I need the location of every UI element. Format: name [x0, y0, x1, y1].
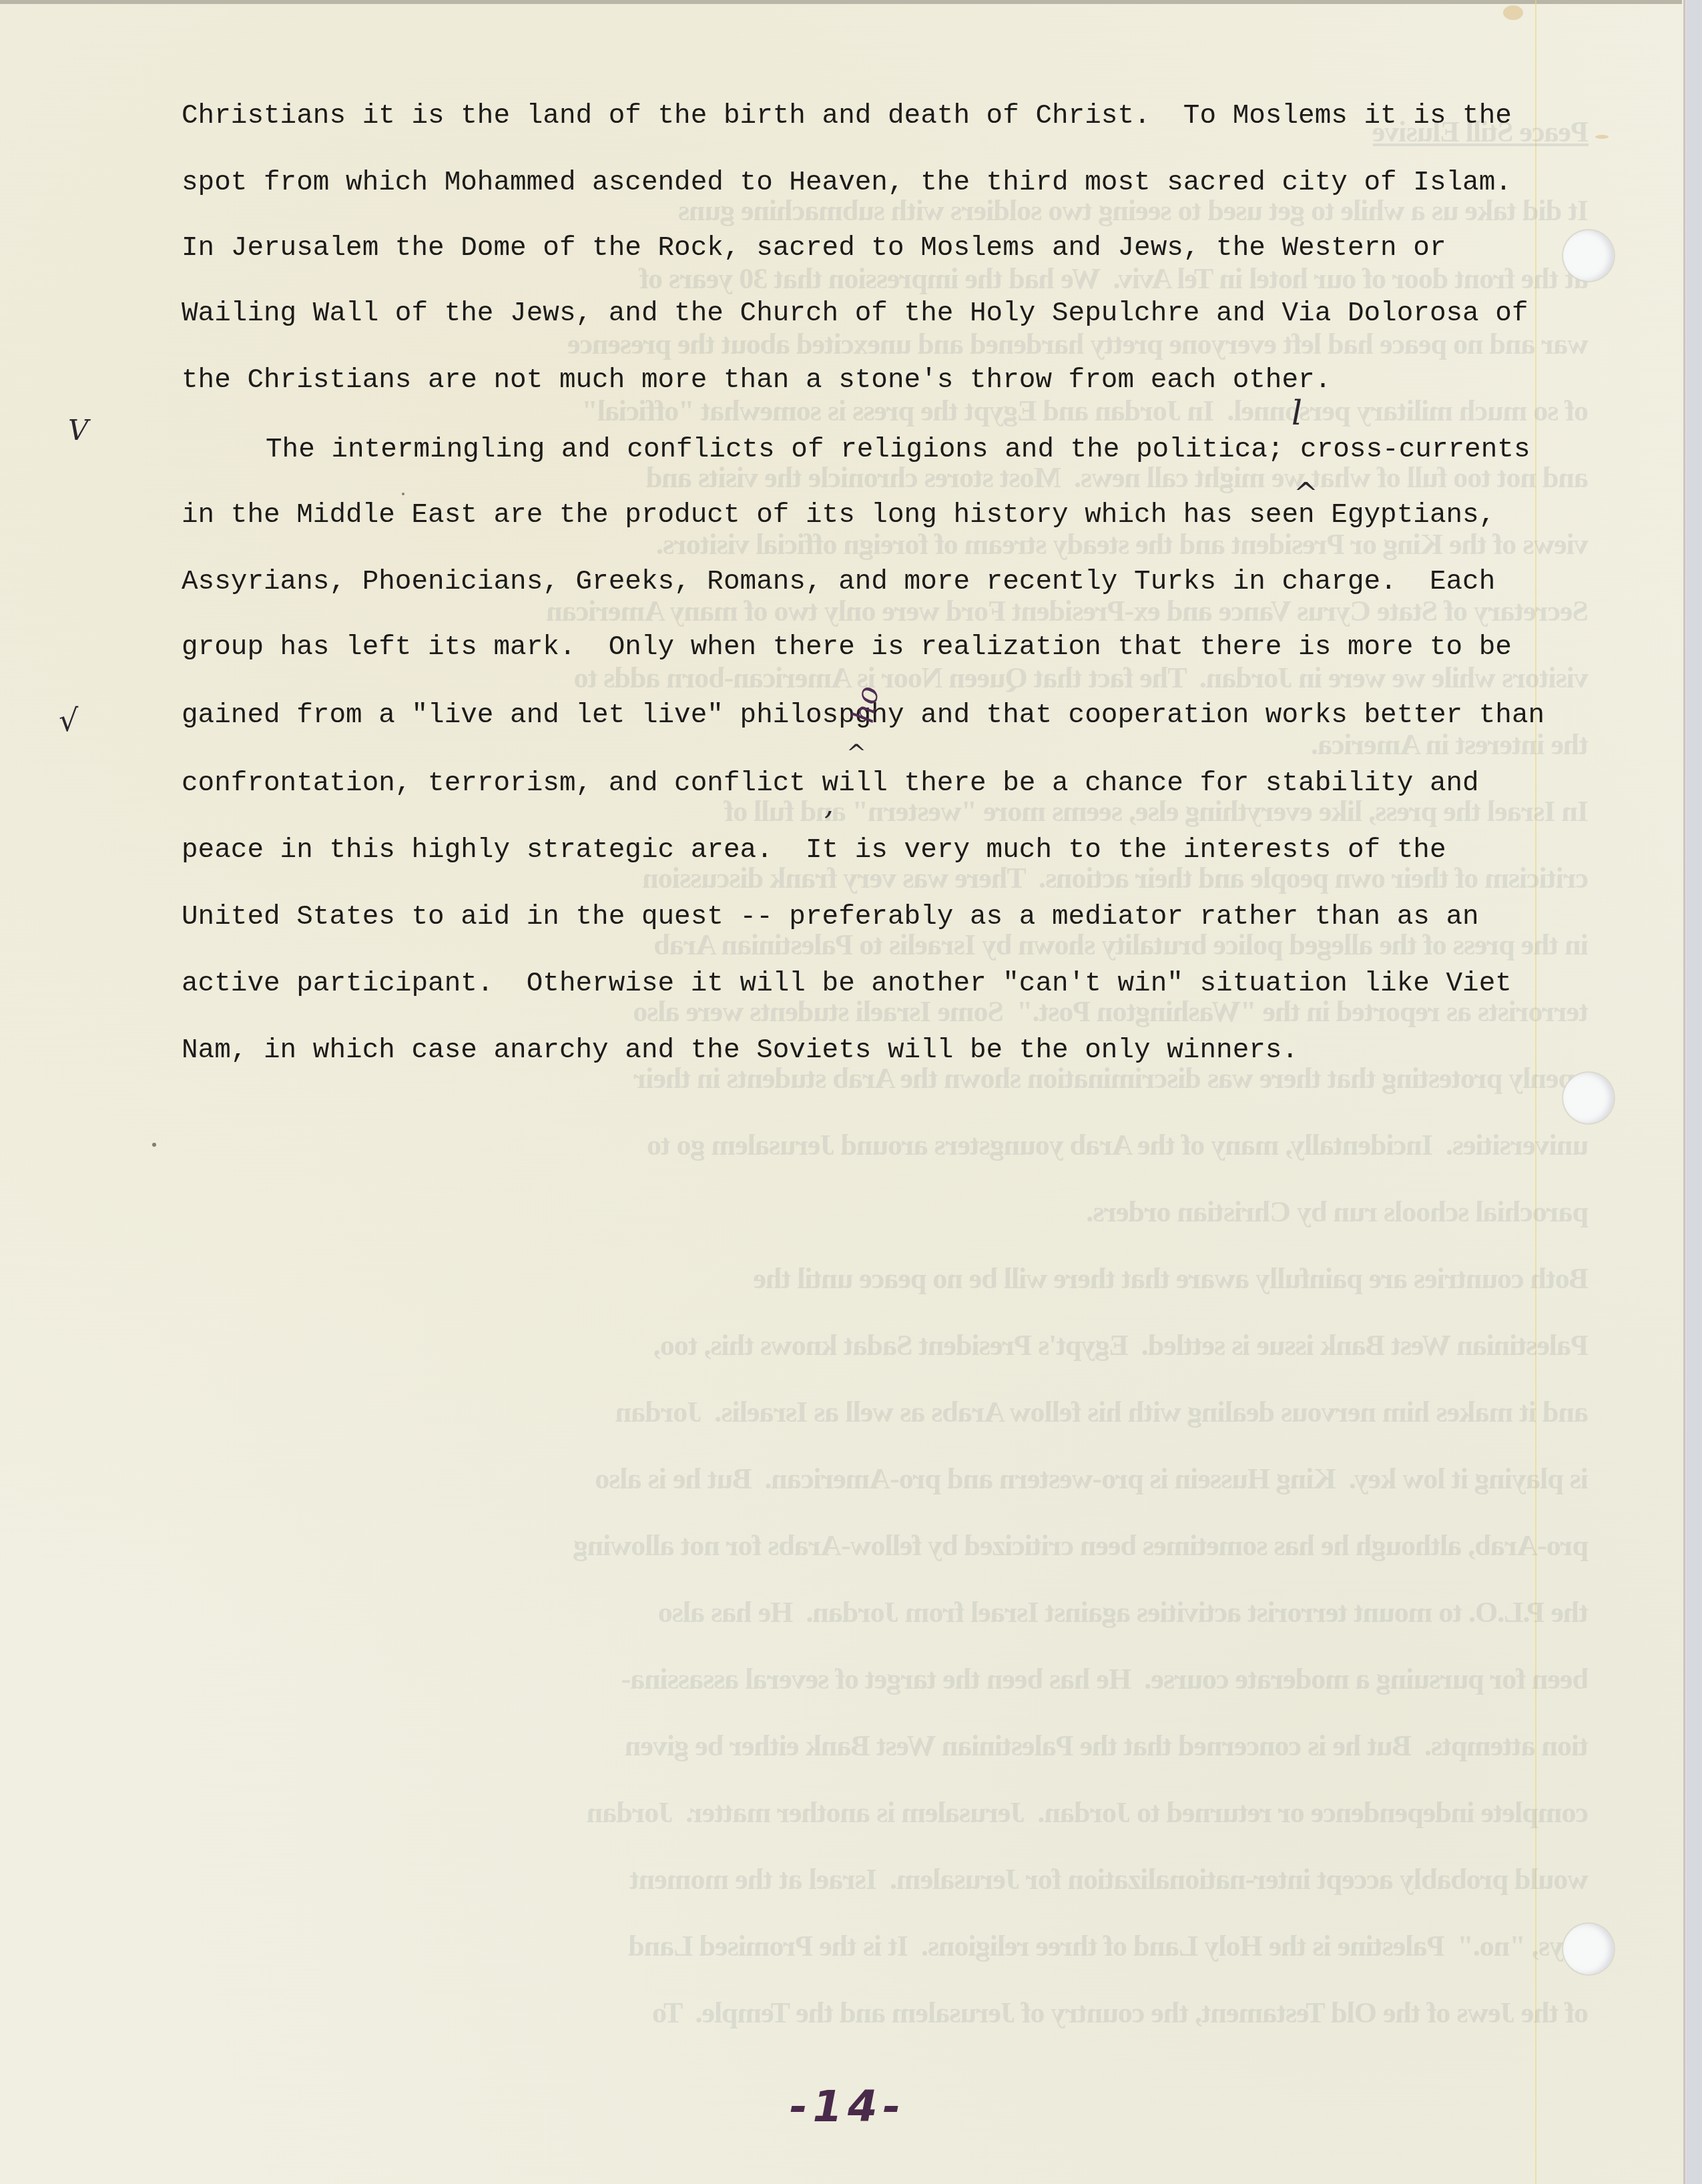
show-through-line: views of the King or President and the s… — [100, 527, 1589, 561]
text-line: peace in this highly strategic area. It … — [182, 834, 1446, 866]
text-line: United States to aid in the quest -- pre… — [182, 901, 1479, 933]
show-through-line: tion attempts. But he is concerned that … — [100, 1729, 1589, 1763]
text-line: Nam, in which case anarchy and the Sovie… — [182, 1035, 1298, 1067]
handwritten-insert-l: l — [1292, 394, 1302, 433]
page-number: -14- — [761, 2083, 934, 2132]
show-through-line: Palestinian West Bank issue is settled. … — [100, 1328, 1589, 1362]
show-through-line: is playing it low key. King Hussein is p… — [100, 1462, 1589, 1496]
show-through-line: of so much military personnel. In Jordan… — [100, 394, 1589, 428]
document-page: Peace Still Elusive It did take us a whi… — [0, 0, 1685, 2184]
show-through-line: war and no peace had left everyone prett… — [100, 327, 1589, 361]
text-line: Wailing Wall of the Jews, and the Church… — [182, 298, 1528, 330]
handwritten-caret: ^ — [1294, 477, 1318, 511]
text-line: Assyrians, Phoenicians, Greeks, Romans, … — [182, 566, 1495, 598]
text-line: the Christians are not much more than a … — [182, 364, 1331, 396]
show-through-line: at the front door of our hotel in Tel Av… — [100, 262, 1589, 296]
text-line: In Jerusalem the Dome of the Rock, sacre… — [182, 232, 1446, 264]
text-line: group has left its mark. Only when there… — [182, 631, 1512, 663]
punch-hole — [1563, 1073, 1614, 1123]
handwritten-caret: ^ — [846, 740, 866, 767]
show-through-line: universities. Incidentally, many of the … — [100, 1128, 1589, 1162]
punch-hole — [1563, 230, 1614, 281]
show-through-line: complete independence or returned to Jor… — [100, 1796, 1589, 1830]
text-line: active participant. Otherwise it will be… — [182, 968, 1512, 1000]
show-through-line: Both countries are painfully aware that … — [100, 1262, 1589, 1296]
text-line: spot from which Mohammed ascended to Hea… — [182, 167, 1512, 199]
scanner-edge — [1685, 0, 1702, 2184]
show-through-line: pro-Arab, although he has sometimes been… — [100, 1529, 1589, 1563]
show-through-line: says, "no." Palestine is the Holy Land o… — [100, 1929, 1589, 1963]
paper-speck — [152, 1143, 156, 1147]
text-line: The intermingling and conflicts of relig… — [266, 434, 1530, 466]
show-through-line: of the Jews of the Old Testament, the co… — [100, 1996, 1589, 2030]
paper-stain — [1503, 5, 1523, 20]
text-line: Christians it is the land of the birth a… — [182, 100, 1512, 132]
margin-check-mark: V — [68, 414, 88, 447]
margin-check-mark: √ — [59, 702, 78, 738]
show-through-line: visitors while we were in Jordan. The fa… — [100, 661, 1589, 695]
show-through-line: the P.L.O. to mount terrorist activities… — [100, 1595, 1589, 1629]
handwritten-comma: , — [824, 788, 834, 822]
paper-top-edge — [0, 0, 1682, 4]
show-through-line: parochial schools run by Christian order… — [100, 1195, 1589, 1229]
handwritten-correction: ho — [846, 684, 886, 726]
show-through-line: Secretary of State Cyrus Vance and ex-Pr… — [100, 594, 1589, 628]
show-through-line: would probably accept inter-nationalizat… — [100, 1862, 1589, 1896]
paper-stain — [1595, 135, 1609, 139]
paper-speck — [402, 493, 404, 495]
show-through-line: been for pursuing a moderate course. He … — [100, 1662, 1589, 1696]
punch-hole — [1563, 1924, 1614, 1974]
show-through-line: and it makes him nervous dealing with hi… — [100, 1395, 1589, 1429]
show-through-line: the interest in America. — [100, 728, 1589, 762]
